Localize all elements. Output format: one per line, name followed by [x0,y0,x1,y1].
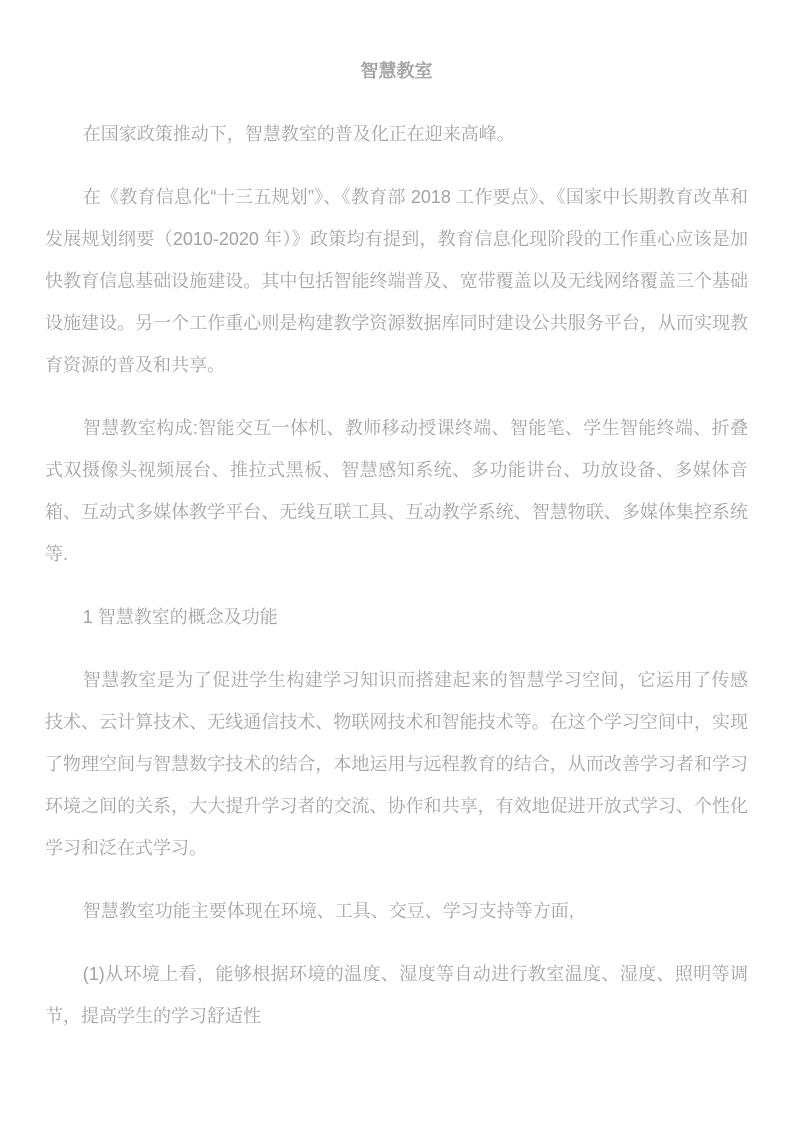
paragraph-policy: 在《教育信息化“十三五规划”》、《教育部 2018 工作要点》、《国家中长期教育… [45,176,748,386]
document-page: 智慧教室 在国家政策推动下，智慧教室的普及化正在迎来高峰。 在《教育信息化“十三… [0,0,793,1122]
paragraph-intro: 在国家政策推动下，智慧教室的普及化正在迎来高峰。 [45,113,748,155]
paragraph-function-environment: (1)从环境上看，能够根据环境的温度、湿度等自动进行教室温度、湿度、照明等调节，… [45,953,748,1037]
section-heading-concept-functions: 1 智慧教室的概念及功能 [45,596,748,638]
paragraph-components: 智慧教室构成:智能交互一体机、教师移动授课终端、智能笔、学生智能终端、折叠式双摄… [45,407,748,575]
document-title: 智慧教室 [45,50,748,92]
paragraph-concept: 智慧教室是为了促进学生构建学习知识而搭建起来的智慧学习空间，它运用了传感技术、云… [45,659,748,869]
paragraph-functions-overview: 智慧教室功能主要体现在环境、工具、交豆、学习支持等方面, [45,890,748,932]
